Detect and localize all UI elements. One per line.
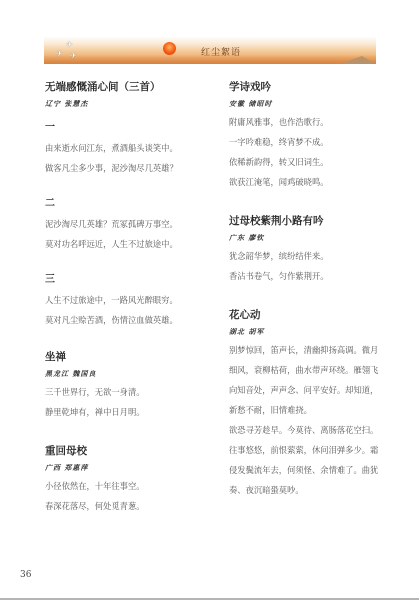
poem: 重回母校 广西 郑惠萍 小径依然在，十年往事空。 春深花落尽，何处觅青葱。	[45, 444, 220, 516]
section-label: 二	[45, 198, 220, 210]
poem-author: 安徽 储昭时	[229, 99, 379, 109]
poem-line: 向知音处，声声念、问平安好。却知道，	[229, 380, 379, 400]
poem-line: 莫对凡尘赊苦酒，伤情泣血做英雄。	[45, 310, 220, 330]
poem-author: 湖北 胡军	[229, 327, 379, 337]
section-label: 一	[45, 122, 220, 134]
poem-title: 坐禅	[45, 350, 220, 364]
poem-author: 广东 廖钦	[229, 233, 379, 243]
poem: 无端感慨涌心间（三首） 辽宁 张慧杰 一 由来逝水问江东，煮酒船头谈笑中。 做客…	[45, 80, 220, 330]
crane-icon: ✈	[70, 52, 77, 60]
poem: 坐禅 黑龙江 魏国良 三千世界行，无欲一身清。 静里乾坤有，禅中日月明。	[45, 350, 220, 422]
poem-title: 无端感慨涌心间（三首）	[45, 80, 220, 94]
poem-line: 人生不过旅途中，一路风光醉眼穷。	[45, 290, 220, 310]
right-column: 学诗戏吟 安徽 储昭时 附庸风雅事，也作浩歌行。 一字吟难稳，终宵梦不成。 依稀…	[229, 80, 379, 500]
poem-line: 由来逝水问江东，煮酒船头谈笑中。	[45, 138, 220, 158]
poem-line: 做客凡尘多少事，泥沙淘尽几英雄？	[45, 158, 220, 178]
poem: 过母校紫荆小路有吟 广东 廖钦 犹念韶华梦，缤纷结伴来。 香沾书卷气，匀作紫荆开…	[229, 214, 379, 286]
crane-icon: ✈	[56, 50, 63, 58]
section-title: 红尘絮语	[201, 45, 241, 58]
poem-line: 静里乾坤有，禅中日月明。	[45, 402, 220, 422]
poem-line: 附庸风雅事，也作浩歌行。	[229, 112, 379, 132]
poem-line: 别梦惊回，笛声长，清幽抑扬高调。微月	[229, 340, 379, 360]
left-column: 无端感慨涌心间（三首） 辽宁 张慧杰 一 由来逝水问江东，煮酒船头谈笑中。 做客…	[45, 80, 220, 516]
poem-line: 细风，衰柳枯荷，曲水带声环绕。雁翎飞	[229, 360, 379, 380]
poem-line: 春深花落尽，何处觅青葱。	[45, 496, 220, 516]
poem-line: 莫对功名呼远近，人生不过旅途中。	[45, 234, 220, 254]
poem-line: 小径依然在，十年往事空。	[45, 476, 220, 496]
crane-icon: ✈	[66, 41, 73, 49]
poem-line: 往事悠悠，前恨萦萦，休问泪弹多少。霜	[229, 440, 379, 460]
poem-line: 依稀新韵得，转又旧词生。	[229, 152, 379, 172]
header-banner: ✈ ✈ ✈ 红尘絮语	[44, 37, 376, 64]
poem-line: 欲恐寻芳趁早。今莫待、离肠落花空扫。	[229, 420, 379, 440]
poem-line: 三千世界行，无欲一身清。	[45, 382, 220, 402]
poem-author: 广西 郑惠萍	[45, 463, 220, 473]
poem-line: 香沾书卷气，匀作紫荆开。	[229, 266, 379, 286]
poem-author: 黑龙江 魏国良	[45, 369, 220, 379]
poem: 花心动 湖北 胡军 别梦惊回，笛声长，清幽抑扬高调。微月 细风，衰柳枯荷，曲水带…	[229, 308, 379, 500]
sun-icon	[163, 42, 176, 55]
section-label: 三	[45, 274, 220, 286]
poem-line: 犹念韶华梦，缤纷结伴来。	[229, 246, 379, 266]
poem-line: 欲获江淹笔，闻鸡破晓鸣。	[229, 172, 379, 192]
poem-title: 学诗戏吟	[229, 80, 379, 94]
poem-line: 一字吟难稳，终宵梦不成。	[229, 132, 379, 152]
poem-title: 过母校紫荆小路有吟	[229, 214, 379, 228]
poem: 学诗戏吟 安徽 储昭时 附庸风雅事，也作浩歌行。 一字吟难稳，终宵梦不成。 依稀…	[229, 80, 379, 192]
poem-line: 侵发鬓流年去，何须怪、余情难了。曲犹	[229, 460, 379, 480]
poem-line: 泥沙淘尽几英雄？荒冢孤碑万事空。	[45, 214, 220, 234]
poem-title: 花心动	[229, 308, 379, 322]
poem-title: 重回母校	[45, 444, 220, 458]
page-number: 36	[20, 570, 31, 580]
poem-author: 辽宁 张慧杰	[45, 99, 220, 109]
mountain-icon	[340, 56, 376, 64]
poem-line: 新愁不耐，旧情难挠。	[229, 400, 379, 420]
poem-line: 奏、夜沉暗蛩莫吵。	[229, 480, 379, 500]
